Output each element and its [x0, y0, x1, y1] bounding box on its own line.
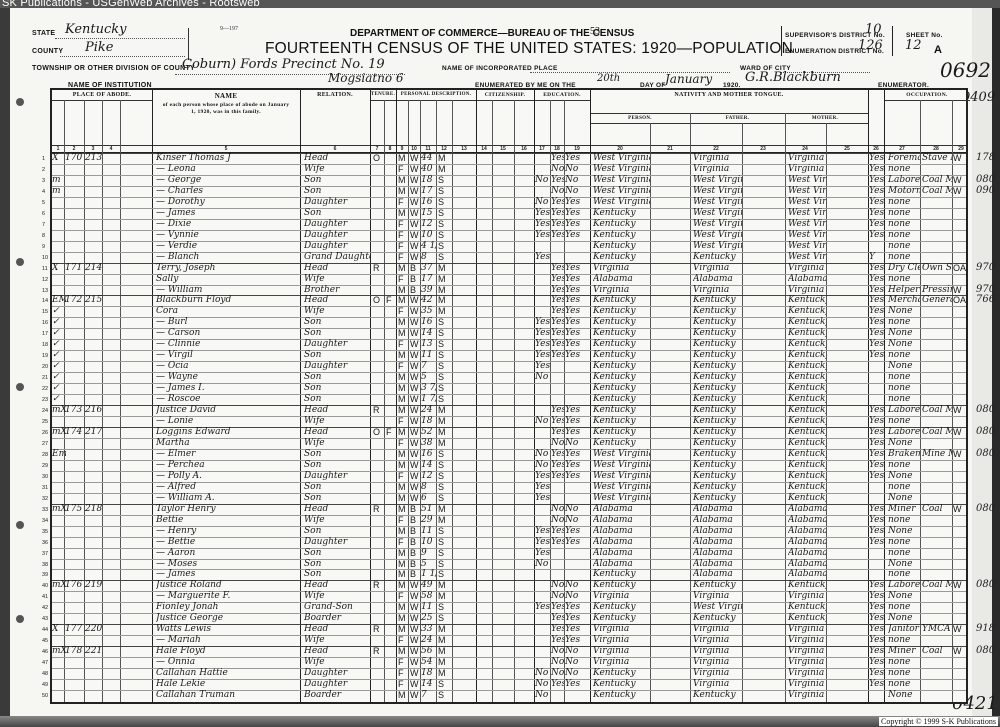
column-number: 16	[518, 146, 530, 152]
table-row[interactable]: 19✓— VirgilSonMW11SYesYesYesKentuckyKent…	[52, 350, 966, 361]
mother-birthplace: Alabama	[788, 526, 826, 537]
township-label: TOWNSHIP OR OTHER DIVISION OF COUNTY	[32, 65, 195, 72]
table-row[interactable]: 25— LonieWifeFW18MNoYesYesKentuckyKentuc…	[52, 416, 966, 427]
age: 7	[421, 361, 436, 372]
line-number: 44	[42, 627, 48, 633]
able-to-read: Yes	[551, 285, 564, 296]
marital-status: M	[438, 306, 452, 317]
able-to-read: Yes	[551, 460, 564, 471]
sex: M	[398, 175, 408, 186]
table-row[interactable]: 15✓CoraWifeFW35MYesYesKentuckyKentuckyKe…	[52, 306, 966, 317]
line-number: 4	[42, 189, 45, 195]
birthplace: Kentucky	[593, 438, 650, 449]
mother-birthplace: West Virginia	[788, 186, 826, 197]
occupation: None	[888, 438, 920, 449]
punch-hole	[16, 98, 24, 106]
line-number: 5	[42, 200, 45, 206]
speaks-english: Yes	[869, 646, 884, 657]
relation: Daughter	[304, 668, 370, 679]
abode-mark: mX	[52, 405, 66, 416]
scan-border	[992, 8, 1000, 720]
race: W	[410, 635, 420, 646]
mother-birthplace: West Virginia	[788, 219, 826, 230]
page-stamp: 53	[590, 26, 600, 37]
able-to-read: Yes	[551, 471, 564, 482]
tenure: R	[373, 263, 384, 274]
table-row[interactable]: 1X170213Kinser Thomas JHeadOMW44MYesYesW…	[52, 153, 966, 164]
line-number: 31	[42, 485, 48, 491]
table-row[interactable]: 42Fionley JonahGrand-SonMW11SYesYesYesKe…	[52, 602, 966, 613]
able-to-read: Yes	[551, 679, 564, 690]
father-birthplace: Kentucky	[693, 613, 742, 624]
line-number: 6	[42, 211, 45, 217]
father-birthplace: Kentucky	[693, 252, 742, 263]
line-number: 49	[42, 682, 48, 688]
line-number: 21	[42, 375, 48, 381]
industry: Stave Mill	[922, 153, 952, 164]
person-name: Terry, Joseph	[156, 263, 300, 274]
family-number: 220	[85, 624, 102, 635]
person-name: Justice David	[156, 405, 300, 416]
occupation: None	[888, 613, 920, 624]
table-row[interactable]: 27MarthaWifeFW38MNoNoKentuckyKentuckyKen…	[52, 438, 966, 449]
speaks-english: Yes	[869, 328, 884, 339]
relation: Son	[304, 482, 370, 493]
marital-status: S	[438, 460, 452, 471]
person-name: — Charles	[156, 186, 300, 197]
father-birthplace: Kentucky	[693, 427, 742, 438]
able-to-write: Yes	[565, 328, 589, 339]
sex: M	[398, 504, 408, 515]
relation: Son	[304, 208, 370, 219]
person-name: — James I.	[156, 383, 300, 394]
column-number: 15	[497, 146, 509, 152]
column-number: 28	[930, 146, 942, 152]
able-to-read: Yes	[551, 197, 564, 208]
race: W	[410, 252, 420, 263]
column-number: 5	[220, 146, 232, 152]
age: 51	[421, 504, 436, 515]
race: W	[410, 613, 420, 624]
speaks-english: Yes	[869, 438, 884, 449]
line-number: 38	[42, 562, 48, 568]
race: B	[410, 559, 420, 570]
able-to-write: No	[565, 504, 589, 515]
employer-class: W	[953, 646, 970, 657]
attended-school: Yes	[535, 361, 551, 372]
table-row[interactable]: 32— William A.SonMW6SYesWest VirginiaKen…	[52, 493, 966, 504]
father-birthplace: Kentucky	[693, 416, 742, 427]
able-to-read: No	[551, 504, 564, 515]
marital-status: M	[438, 657, 452, 668]
mother-birthplace: Virginia	[788, 668, 826, 679]
sex: M	[398, 350, 408, 361]
able-to-write: Yes	[565, 602, 589, 613]
relation: Head	[304, 646, 370, 657]
sex: F	[398, 471, 408, 482]
able-to-write: Yes	[565, 624, 589, 635]
relation: Wife	[304, 306, 370, 317]
table-row[interactable]: 45— MariahWifeFW24MYesYesVirginiaVirgini…	[52, 635, 966, 646]
age: 7	[421, 690, 436, 701]
table-row[interactable]: 16✓— BurlSonMW16SYesYesYesKentuckyKentuc…	[52, 317, 966, 328]
occupation: None	[888, 471, 920, 482]
father-birthplace: Kentucky	[693, 383, 742, 394]
marital-status: M	[438, 504, 452, 515]
table-row[interactable]: 44X177220Watts LewisHeadRMW33MYesYesVirg…	[52, 624, 966, 635]
marital-status: M	[438, 285, 452, 296]
marital-status: S	[438, 339, 452, 350]
table-row[interactable]: 48Callahan HattieDaughterFW18MNoNoNoKent…	[52, 668, 966, 679]
birthplace: Kentucky	[593, 394, 650, 405]
table-row[interactable]: 12SallyWifeFB17MYesYesAlabamaAlabamaAlab…	[52, 274, 966, 285]
table-row[interactable]: 5— DorothyDaughterFW16SNoYesYesWest Virg…	[52, 197, 966, 208]
mother-birthplace: Kentucky	[788, 482, 826, 493]
person-name: Justice Roland	[156, 580, 300, 591]
column-number: 26	[870, 146, 882, 152]
table-row[interactable]: 40mX176219Justice RolandHeadRMW49MNoNoKe…	[52, 580, 966, 591]
line-number: 32	[42, 496, 48, 502]
sex: M	[398, 285, 408, 296]
race: W	[410, 306, 420, 317]
mother-birthplace: Kentucky	[788, 306, 826, 317]
line-number: 50	[42, 693, 48, 699]
relation: Head	[304, 624, 370, 635]
able-to-write: Yes	[565, 153, 589, 164]
occupation: none	[888, 372, 920, 383]
line-number: 2	[42, 167, 45, 173]
race: B	[410, 548, 420, 559]
table-row[interactable]: 21✓— WayneSonMW5SNoKentuckyKentuckyKentu…	[52, 372, 966, 383]
table-row[interactable]: 10— BlanchGrand DaughterFW8SYesKentuckyK…	[52, 252, 966, 263]
table-row[interactable]: 41— Marguerite F.WifeFW58MNoNoVirginiaVi…	[52, 591, 966, 602]
speaks-english: Yes	[869, 263, 884, 274]
occupation: None	[888, 493, 920, 504]
mother-birthplace: Virginia	[788, 635, 826, 646]
marital-status: S	[438, 175, 452, 186]
birthplace: Virginia	[593, 263, 650, 274]
line-number: 33	[42, 507, 48, 513]
marital-status: M	[438, 263, 452, 274]
dwelling-number: 176	[65, 580, 84, 591]
header-place-of-abode: PLACE OF ABODE.	[52, 92, 152, 98]
speaks-english: Yes	[869, 219, 884, 230]
table-row[interactable]: 9— VerdieDaughterFW4 1/2SKentuckyWest Vi…	[52, 241, 966, 252]
speaks-english: Yes	[869, 175, 884, 186]
age: 9	[421, 548, 436, 559]
birthplace: West Virginia	[593, 460, 650, 471]
birthplace: Virginia	[593, 635, 650, 646]
birthplace: Kentucky	[593, 328, 650, 339]
person-name: — Vynnie	[156, 230, 300, 241]
watermark-bar: SK Publications - USGenWeb Archives - Ro…	[0, 0, 1000, 8]
marital-status: M	[438, 580, 452, 591]
sex: M	[398, 449, 408, 460]
industry: Coal	[922, 646, 952, 657]
race: W	[410, 602, 420, 613]
mother-birthplace: Virginia	[788, 263, 826, 274]
occupation: none	[888, 394, 920, 405]
age: 10	[421, 230, 436, 241]
mother-birthplace: Kentucky	[788, 493, 826, 504]
relation: Grand-Son	[304, 602, 370, 613]
relation: Son	[304, 317, 370, 328]
line-number: 1	[42, 156, 45, 162]
marital-status: M	[438, 438, 452, 449]
age: 17	[421, 186, 436, 197]
family-number: 213	[85, 153, 102, 164]
table-row[interactable]: 13— WilliamBrotherMB39MYesYesVirginiaVir…	[52, 285, 966, 296]
sheet-side: A	[934, 44, 942, 56]
punch-hole	[16, 615, 24, 623]
able-to-write: Yes	[565, 230, 589, 241]
table-row[interactable]: 20✓— OciaDaughterFW7SYesKentuckyKentucky…	[52, 361, 966, 372]
abode-mark: X	[52, 624, 66, 635]
industry: Coal Mine	[922, 580, 952, 591]
employer-class: W	[953, 580, 970, 591]
abode-mark: ✓	[52, 339, 66, 350]
table-row[interactable]: 28Em— ElmerSonMW16SNoYesYesWest Virginia…	[52, 449, 966, 460]
table-row[interactable]: 26mX174217Loggins EdwardHeadOFMW52MYesYe…	[52, 427, 966, 438]
sex: F	[398, 657, 408, 668]
table-row[interactable]: 14EM172215Blackburn FloydHeadOFMW42MYesY…	[52, 295, 966, 306]
table-row[interactable]: 47— OnniaWifeFW54MNoNoVirginiaVirginiaVi…	[52, 657, 966, 668]
person-name: Justice George	[156, 613, 300, 624]
county-line	[60, 56, 185, 57]
age: 18	[421, 668, 436, 679]
mortgage-status: F	[386, 427, 396, 438]
table-row[interactable]: 50Callahan TrumanBoarderMW7SNoKentuckyKe…	[52, 690, 966, 701]
column-number: 10	[408, 146, 420, 152]
mother-birthplace: Virginia	[788, 153, 826, 164]
column-number: 3	[87, 146, 99, 152]
speaks-english: Yes	[869, 350, 884, 361]
father-birthplace: West Virginia	[693, 197, 742, 208]
abode-mark: mX	[52, 580, 66, 591]
column-number: 9	[396, 146, 408, 152]
attended-school: No	[535, 372, 551, 383]
speaks-english: Yes	[869, 679, 884, 690]
birthplace: Virginia	[593, 624, 650, 635]
table-row[interactable]: 31— AlfredSonMW8SYesWest VirginiaKentuck…	[52, 482, 966, 493]
abode-mark: ✓	[52, 317, 66, 328]
occupation: none	[888, 350, 920, 361]
race: W	[410, 153, 420, 164]
line-number: 48	[42, 671, 48, 677]
line-number: 34	[42, 518, 48, 524]
marital-status: S	[438, 537, 452, 548]
table-row[interactable]: 30— Polly A.DaughterFW12SYesYesYesWest V…	[52, 471, 966, 482]
marital-status: S	[438, 548, 452, 559]
sex: F	[398, 197, 408, 208]
punch-hole	[16, 521, 24, 529]
birthplace: Alabama	[593, 274, 650, 285]
header-father: FATHER.	[690, 116, 785, 121]
table-row[interactable]: 4m— CharlesSonMW17SNoNoWest VirginiaWest…	[52, 186, 966, 197]
table-row[interactable]: 3m— GeorgeSonMW18SNoYesNoWest VirginiaWe…	[52, 175, 966, 186]
marital-status: S	[438, 613, 452, 624]
able-to-read: Yes	[551, 274, 564, 285]
person-name: — Onnia	[156, 657, 300, 668]
person-name: Martha	[156, 438, 300, 449]
occupation: none	[888, 668, 920, 679]
table-row[interactable]: 35— HenrySonMB11SYesYesYesAlabamaAlabama…	[52, 526, 966, 537]
marital-status: S	[438, 690, 452, 701]
age: 38	[421, 438, 436, 449]
line-number: 29	[42, 463, 48, 469]
attended-school: No	[535, 679, 551, 690]
able-to-read: Yes	[551, 416, 564, 427]
occupation: none	[888, 548, 920, 559]
speaks-english: Yes	[869, 635, 884, 646]
person-name: — Bettie	[156, 537, 300, 548]
able-to-read: Yes	[551, 230, 564, 241]
relation: Head	[304, 580, 370, 591]
father-birthplace: Kentucky	[693, 372, 742, 383]
mother-birthplace: Alabama	[788, 569, 826, 580]
table-row[interactable]: 36— BettieDaughterFB10SYesYesYesAlabamaA…	[52, 537, 966, 548]
relation: Wife	[304, 635, 370, 646]
table-row[interactable]: 7— DixieDaughterFW12SYesYesYesKentuckyWe…	[52, 219, 966, 230]
mother-birthplace: Virginia	[788, 679, 826, 690]
line-number: 46	[42, 649, 48, 655]
birthplace: Kentucky	[593, 306, 650, 317]
occupation: none	[888, 515, 920, 526]
person-name: — Elmer	[156, 449, 300, 460]
speaks-english: Yes	[869, 208, 884, 219]
birthplace: Kentucky	[593, 580, 650, 591]
line-number: 10	[42, 255, 48, 261]
header-person: PERSON.	[590, 116, 690, 121]
birthplace: West Virginia	[593, 197, 650, 208]
age: 8	[421, 482, 436, 493]
table-row[interactable]: 34BettieWifeFB29MNoNoAlabamaAlabamaAlaba…	[52, 515, 966, 526]
birthplace: Alabama	[593, 504, 650, 515]
father-birthplace: Virginia	[693, 668, 742, 679]
table-row[interactable]: 2— LeonaWifeFW40MNoNoWest VirginiaVirgin…	[52, 164, 966, 175]
table-row[interactable]: 24mX173216Justice DavidHeadRMW24MYesYesK…	[52, 405, 966, 416]
table-row[interactable]: 11X171214Terry, JosephHeadRMB37MYesYesVi…	[52, 263, 966, 274]
able-to-write: Yes	[565, 306, 589, 317]
marital-status: S	[438, 186, 452, 197]
column-number: 12	[438, 146, 450, 152]
mother-birthplace: Kentucky	[788, 361, 826, 372]
abode-mark: mX	[52, 427, 66, 438]
industry: Mine Motor	[922, 449, 952, 460]
table-row[interactable]: 38— MosesSonMB5SNoAlabamaAlabamaAlabamaN…	[52, 559, 966, 570]
birthplace: Kentucky	[593, 252, 650, 263]
tenure: R	[373, 624, 384, 635]
able-to-write: Yes	[565, 635, 589, 646]
table-row[interactable]: 37— AaronSonMB9SYesAlabamaAlabamaAlabama…	[52, 548, 966, 559]
dwelling-number: 178	[65, 646, 84, 657]
table-row[interactable]: 49Hale LekieDaughterFW14SNoYesYesKentuck…	[52, 679, 966, 690]
abode-mark: X	[52, 153, 66, 164]
speaks-english: Yes	[869, 339, 884, 350]
table-row[interactable]: 22✓— James I.SonMW3 7/12SKentuckyKentuck…	[52, 383, 966, 394]
header-mother: MOTHER.	[785, 116, 865, 121]
table-row[interactable]: 29— PercheaSonMW14SNoYesYesWest Virginia…	[52, 460, 966, 471]
mother-birthplace: Virginia	[788, 164, 826, 175]
state-line	[55, 38, 185, 39]
table-row[interactable]: 23✓— RoscoeSonMW1 7/12SKentuckyKentuckyK…	[52, 394, 966, 405]
industry: General Store	[922, 295, 952, 306]
attended-school: Yes	[535, 493, 551, 504]
sex: M	[398, 559, 408, 570]
margin-code: 970	[976, 262, 995, 273]
mother-birthplace: Kentucky	[788, 383, 826, 394]
father-birthplace: Alabama	[693, 559, 742, 570]
table-row[interactable]: 39— JamesSonMB1 1/12SKentuckyAlabamaAlab…	[52, 569, 966, 580]
county-label: COUNTY	[32, 48, 63, 55]
age: 16	[421, 317, 436, 328]
table-row[interactable]: 17✓— CarsonSonMW14SYesYesYesKentuckyKent…	[52, 328, 966, 339]
speaks-english: Yes	[869, 164, 884, 175]
page-right-edge	[972, 8, 1000, 720]
able-to-read: Yes	[551, 427, 564, 438]
able-to-write: Yes	[565, 460, 589, 471]
father-birthplace: Alabama	[693, 274, 742, 285]
industry: Coal Mine	[922, 427, 952, 438]
able-to-write: No	[565, 175, 589, 186]
speaks-english: Yes	[869, 624, 884, 635]
table-row[interactable]: 43Justice GeorgeBoarderMW25SYesYesKentuc…	[52, 613, 966, 624]
birthplace: Kentucky	[593, 361, 650, 372]
employer-class: W	[953, 405, 970, 416]
table-row[interactable]: 18✓— ClinnieDaughterFW13SYesYesYesKentuc…	[52, 339, 966, 350]
occupation: none	[888, 602, 920, 613]
race: B	[410, 263, 420, 274]
birthplace: West Virginia	[593, 186, 650, 197]
column-number: 4	[105, 146, 117, 152]
able-to-read: Yes	[551, 613, 564, 624]
dwelling-number: 177	[65, 624, 84, 635]
occupation: Laborer	[888, 175, 920, 186]
abode-mark: ✓	[52, 328, 66, 339]
township-value: Coburn) Fords Precinct No. 19	[182, 57, 385, 72]
marital-status: M	[438, 274, 452, 285]
relation: Daughter	[304, 219, 370, 230]
table-row[interactable]: 6— JamesSonMW15SYesYesYesKentuckyWest Vi…	[52, 208, 966, 219]
mother-birthplace: Kentucky	[788, 580, 826, 591]
abode-mark: EM	[52, 295, 66, 306]
birthplace: Kentucky	[593, 405, 650, 416]
able-to-read: No	[551, 646, 564, 657]
attended-school: Yes	[535, 471, 551, 482]
race: B	[410, 274, 420, 285]
table-row[interactable]: 8— VynnieDaughterFW10SYesYesYesKentuckyW…	[52, 230, 966, 241]
attended-school: No	[535, 175, 551, 186]
line-number: 7	[42, 222, 45, 228]
age: 5	[421, 559, 436, 570]
line-number: 13	[42, 288, 48, 294]
marital-status: S	[438, 559, 452, 570]
relation: Boarder	[304, 690, 370, 701]
able-to-read: No	[551, 186, 564, 197]
line-number: 24	[42, 408, 48, 414]
industry: Coal Mine	[922, 405, 952, 416]
table-row[interactable]: 46mX178221Hale FloydHeadRMW56MNoNoVirgin…	[52, 646, 966, 657]
occupation: none	[888, 635, 920, 646]
able-to-read: Yes	[551, 328, 564, 339]
age: 14	[421, 328, 436, 339]
age: 1 7/12	[421, 394, 436, 405]
tenure: R	[373, 580, 384, 591]
age: 16	[421, 197, 436, 208]
person-name: Bettie	[156, 515, 300, 526]
table-row[interactable]: 33mX175218Taylor HenryHeadRMB51MNoNoAlab…	[52, 504, 966, 515]
occupation: none	[888, 460, 920, 471]
